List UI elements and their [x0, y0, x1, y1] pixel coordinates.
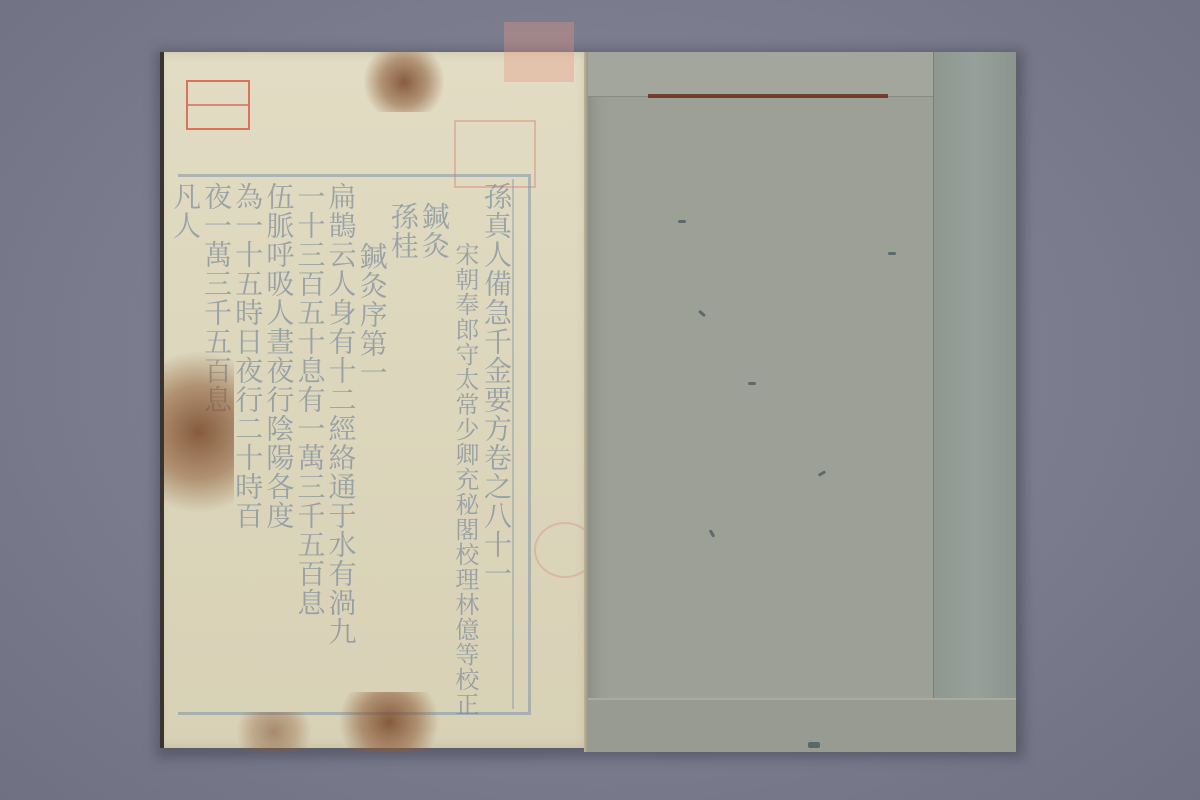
cover-turn-in-right	[933, 52, 1016, 752]
section-heading: 鍼灸	[423, 182, 452, 722]
fiber-speck	[678, 220, 686, 223]
inner-cover	[588, 52, 1016, 752]
fiber-speck	[748, 382, 756, 385]
left-page: 孫真人備急千金要方卷之八十一 宋朝奉郎守太常少卿充秘閣校理林億等校正 鍼灸 孫桂…	[160, 52, 592, 748]
fiber-speck	[888, 252, 896, 255]
stain	[324, 692, 454, 752]
stain	[164, 322, 234, 542]
body-column: 為一十五時日夜行二十時百	[236, 182, 265, 702]
stain	[224, 712, 324, 752]
fiber-speck	[698, 310, 706, 317]
cover-turn-in-bottom	[588, 698, 1016, 752]
body-column: 一十三百五十息有一萬三千五百息	[298, 182, 327, 702]
editor-credit: 宋朝奉郎守太常少卿充秘閣校理林億等校正	[454, 182, 483, 762]
volume-title: 孫真人備急千金要方卷之八十一	[485, 182, 514, 702]
red-seal-stamp	[186, 80, 250, 130]
fiber-speck	[808, 742, 820, 748]
body-column: 伍脈呼吸人晝夜行陰陽各度	[267, 182, 296, 702]
subheading: 孫桂	[392, 182, 421, 722]
stain	[354, 52, 454, 112]
body-column: 扁鵲云人身有十二經絡通于水有渦九	[329, 182, 358, 702]
fiber-speck	[818, 470, 826, 477]
fiber-speck	[709, 529, 716, 537]
chapter-title: 鍼灸序第一	[361, 182, 390, 762]
glue-line	[648, 94, 888, 98]
red-seal-stamp	[504, 22, 574, 82]
